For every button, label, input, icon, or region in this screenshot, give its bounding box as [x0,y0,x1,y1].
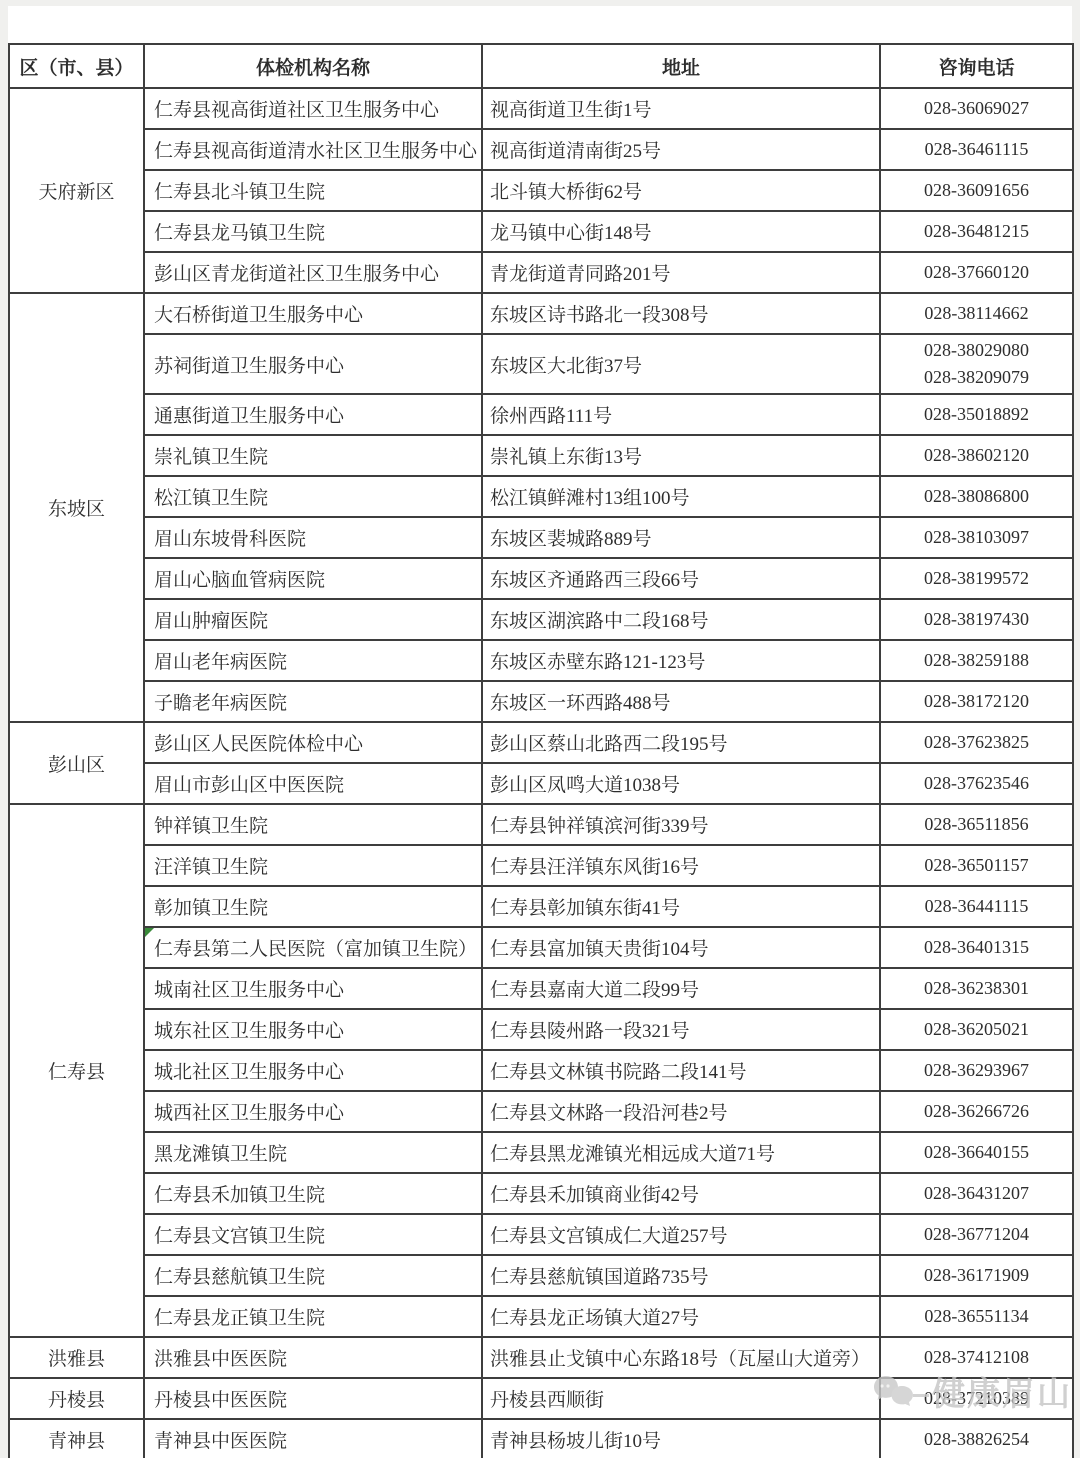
institution-name-cell: 仁寿县慈航镇卫生院 [144,1255,482,1296]
region-cell: 仁寿县 [9,804,144,1337]
address-cell: 洪雅县止戈镇中心东路18号（瓦屋山大道旁） [482,1337,880,1378]
phone-cell: 028-36551134 [880,1296,1073,1337]
institution-name-cell: 通惠街道卫生服务中心 [144,394,482,435]
table-row: 青神县青神县中医医院青神县杨坡儿街10号028-38826254 [9,1419,1073,1458]
phone-cell: 028-36171909 [880,1255,1073,1296]
institution-name-cell: 城南社区卫生服务中心 [144,968,482,1009]
phone-cell: 028-38029080028-38209079 [880,334,1073,394]
address-cell: 仁寿县陵州路一段321号 [482,1009,880,1050]
address-cell: 东坡区湖滨路中二段168号 [482,599,880,640]
phone-cell: 028-37623825 [880,722,1073,763]
phone-number: 028-37412108 [883,1344,1070,1371]
address-cell: 东坡区大北街37号 [482,334,880,394]
phone-cell: 028-36640155 [880,1132,1073,1173]
phone-cell: 028-36431207 [880,1173,1073,1214]
address-cell: 视高街道卫生街1号 [482,88,880,129]
address-cell: 青龙街道青同路201号 [482,252,880,293]
phone-number: 028-38199572 [883,565,1070,592]
phone-cell: 028-35018892 [880,394,1073,435]
phone-cell: 028-36461115 [880,129,1073,170]
address-cell: 彭山区蔡山北路西二段195号 [482,722,880,763]
phone-number: 028-38826254 [883,1426,1070,1453]
institution-name-cell: 仁寿县北斗镇卫生院 [144,170,482,211]
institution-name-cell: 仁寿县第二人民医院（富加镇卫生院） [144,927,482,968]
page: 区（市、县） 体检机构名称 地址 咨询电话 天府新区仁寿县视高街道社区卫生服务中… [0,0,1080,1458]
table-row: 城北社区卫生服务中心仁寿县文林镇书院路二段141号028-36293967 [9,1050,1073,1091]
phone-number: 028-36238301 [883,975,1070,1002]
col-header-address: 地址 [482,44,880,88]
address-cell: 东坡区齐通路西三段66号 [482,558,880,599]
phone-number: 028-37660120 [883,259,1070,286]
address-cell: 仁寿县文林镇书院路二段141号 [482,1050,880,1091]
institution-name-cell: 仁寿县视高街道清水社区卫生服务中心 [144,129,482,170]
address-cell: 松江镇鲜滩村13组100号 [482,476,880,517]
table-row: 汪洋镇卫生院仁寿县汪洋镇东风街16号028-36501157 [9,845,1073,886]
phone-number: 028-36461115 [883,136,1070,163]
institution-name-cell: 崇礼镇卫生院 [144,435,482,476]
institution-name-cell: 仁寿县禾加镇卫生院 [144,1173,482,1214]
phone-cell: 028-38259188 [880,640,1073,681]
table-row: 天府新区仁寿县视高街道社区卫生服务中心视高街道卫生街1号028-36069027 [9,88,1073,129]
address-cell: 北斗镇大桥街62号 [482,170,880,211]
institution-name-cell: 洪雅县中医医院 [144,1337,482,1378]
phone-number: 028-36205021 [883,1016,1070,1043]
phone-number: 028-38602120 [883,442,1070,469]
institution-name-cell: 彭山区青龙街道社区卫生服务中心 [144,252,482,293]
address-cell: 彭山区凤鸣大道1038号 [482,763,880,804]
phone-number: 028-36441115 [883,893,1070,920]
table-row: 洪雅县洪雅县中医医院洪雅县止戈镇中心东路18号（瓦屋山大道旁）028-37412… [9,1337,1073,1378]
phone-number: 028-37623825 [883,729,1070,756]
table-row: 丹棱县丹棱县中医医院丹棱县西顺街028-37210389 [9,1378,1073,1419]
col-header-institution: 体检机构名称 [144,44,482,88]
phone-cell: 028-38086800 [880,476,1073,517]
phone-cell: 028-36441115 [880,886,1073,927]
address-cell: 仁寿县彰加镇东街41号 [482,886,880,927]
table-row: 仁寿县钟祥镇卫生院仁寿县钟祥镇滨河街339号028-36511856 [9,804,1073,845]
table-row: 城东社区卫生服务中心仁寿县陵州路一段321号028-36205021 [9,1009,1073,1050]
address-cell: 东坡区赤壁东路121-123号 [482,640,880,681]
phone-number: 028-37210389 [883,1385,1070,1412]
address-cell: 青神县杨坡儿街10号 [482,1419,880,1458]
institution-name-cell: 仁寿县龙马镇卫生院 [144,211,482,252]
phone-cell: 028-38602120 [880,435,1073,476]
table-row: 城西社区卫生服务中心仁寿县文林路一段沿河巷2号028-36266726 [9,1091,1073,1132]
table-row: 眉山东坡骨科医院东坡区裴城路889号028-38103097 [9,517,1073,558]
phone-number: 028-36771204 [883,1221,1070,1248]
region-cell: 天府新区 [9,88,144,293]
institutions-table: 区（市、县） 体检机构名称 地址 咨询电话 天府新区仁寿县视高街道社区卫生服务中… [8,43,1074,1458]
table-row: 仁寿县龙正镇卫生院仁寿县龙正场镇大道27号028-36551134 [9,1296,1073,1337]
address-cell: 仁寿县嘉南大道二段99号 [482,968,880,1009]
table-row: 彭山区青龙街道社区卫生服务中心青龙街道青同路201号028-37660120 [9,252,1073,293]
phone-cell: 028-36266726 [880,1091,1073,1132]
address-cell: 崇礼镇上东街13号 [482,435,880,476]
institution-name-cell: 黑龙滩镇卫生院 [144,1132,482,1173]
phone-cell: 028-36771204 [880,1214,1073,1255]
table-row: 子瞻老年病医院东坡区一环西路488号028-38172120 [9,681,1073,722]
table-row: 仁寿县龙马镇卫生院龙马镇中心街148号028-36481215 [9,211,1073,252]
table-row: 通惠街道卫生服务中心徐州西路111号028-35018892 [9,394,1073,435]
phone-cell: 028-37210389 [880,1378,1073,1419]
phone-number: 028-36069027 [883,95,1070,122]
phone-cell: 028-36205021 [880,1009,1073,1050]
institution-name-cell: 钟祥镇卫生院 [144,804,482,845]
table-header: 区（市、县） 体检机构名称 地址 咨询电话 [9,44,1073,88]
phone-cell: 028-36481215 [880,211,1073,252]
table-row: 仁寿县第二人民医院（富加镇卫生院）仁寿县富加镇天贵街104号028-364013… [9,927,1073,968]
table-row: 眉山心脑血管病医院东坡区齐通路西三段66号028-38199572 [9,558,1073,599]
phone-number: 028-38029080 [883,337,1070,364]
institution-name-cell: 大石桥街道卫生服务中心 [144,293,482,334]
institution-name-cell: 子瞻老年病医院 [144,681,482,722]
institution-name-cell: 城东社区卫生服务中心 [144,1009,482,1050]
phone-cell: 028-37660120 [880,252,1073,293]
institution-name-cell: 彰加镇卫生院 [144,886,482,927]
institution-name-cell: 仁寿县视高街道社区卫生服务中心 [144,88,482,129]
institution-name-cell: 眉山市彭山区中医医院 [144,763,482,804]
phone-cell: 028-37412108 [880,1337,1073,1378]
institution-name-cell: 松江镇卫生院 [144,476,482,517]
cell-corner-marker [145,928,154,937]
phone-number: 028-37623546 [883,770,1070,797]
header-row: 区（市、县） 体检机构名称 地址 咨询电话 [9,44,1073,88]
phone-number: 028-36293967 [883,1057,1070,1084]
table-row: 仁寿县禾加镇卫生院仁寿县禾加镇商业街42号028-36431207 [9,1173,1073,1214]
address-cell: 丹棱县西顺街 [482,1378,880,1419]
phone-cell: 028-38826254 [880,1419,1073,1458]
table-row: 仁寿县慈航镇卫生院仁寿县慈航镇国道路735号028-36171909 [9,1255,1073,1296]
institution-name-cell: 丹棱县中医医院 [144,1378,482,1419]
institution-name-cell: 仁寿县文宫镇卫生院 [144,1214,482,1255]
table-row: 松江镇卫生院松江镇鲜滩村13组100号028-38086800 [9,476,1073,517]
address-cell: 东坡区一环西路488号 [482,681,880,722]
phone-cell: 028-36091656 [880,170,1073,211]
phone-number: 028-36171909 [883,1262,1070,1289]
institution-name-cell: 仁寿县龙正镇卫生院 [144,1296,482,1337]
phone-number: 028-38197430 [883,606,1070,633]
phone-number: 028-36501157 [883,852,1070,879]
table-row: 崇礼镇卫生院崇礼镇上东街13号028-38602120 [9,435,1073,476]
phone-number: 028-36091656 [883,177,1070,204]
phone-number: 028-36481215 [883,218,1070,245]
phone-number: 028-38172120 [883,688,1070,715]
phone-number: 028-36401315 [883,934,1070,961]
address-cell: 仁寿县汪洋镇东风街16号 [482,845,880,886]
phone-cell: 028-38103097 [880,517,1073,558]
table-row: 城南社区卫生服务中心仁寿县嘉南大道二段99号028-36238301 [9,968,1073,1009]
phone-number: 028-36266726 [883,1098,1070,1125]
institution-name-cell: 城北社区卫生服务中心 [144,1050,482,1091]
table-row: 东坡区大石桥街道卫生服务中心东坡区诗书路北一段308号028-38114662 [9,293,1073,334]
top-empty-strip [8,6,1072,43]
table-row: 眉山肿瘤医院东坡区湖滨路中二段168号028-38197430 [9,599,1073,640]
institution-name-cell: 眉山东坡骨科医院 [144,517,482,558]
phone-number: 028-36640155 [883,1139,1070,1166]
table-row: 苏祠街道卫生服务中心东坡区大北街37号028-38029080028-38209… [9,334,1073,394]
table-row: 眉山老年病医院东坡区赤壁东路121-123号028-38259188 [9,640,1073,681]
address-cell: 仁寿县慈航镇国道路735号 [482,1255,880,1296]
phone-cell: 028-36069027 [880,88,1073,129]
address-cell: 仁寿县文宫镇成仁大道257号 [482,1214,880,1255]
address-cell: 仁寿县钟祥镇滨河街339号 [482,804,880,845]
institution-name-cell: 眉山老年病医院 [144,640,482,681]
address-cell: 仁寿县文林路一段沿河巷2号 [482,1091,880,1132]
address-cell: 仁寿县黑龙滩镇光相远成大道71号 [482,1132,880,1173]
phone-number: 028-38259188 [883,647,1070,674]
phone-number: 028-38086800 [883,483,1070,510]
phone-number: 028-38103097 [883,524,1070,551]
region-cell: 东坡区 [9,293,144,722]
phone-number: 028-38114662 [883,300,1070,327]
phone-cell: 028-36401315 [880,927,1073,968]
address-cell: 东坡区诗书路北一段308号 [482,293,880,334]
address-cell: 龙马镇中心街148号 [482,211,880,252]
phone-cell: 028-36238301 [880,968,1073,1009]
address-cell: 视高街道清南街25号 [482,129,880,170]
address-cell: 仁寿县富加镇天贵街104号 [482,927,880,968]
region-cell: 青神县 [9,1419,144,1458]
table-row: 仁寿县北斗镇卫生院北斗镇大桥街62号028-36091656 [9,170,1073,211]
institution-name-cell: 青神县中医医院 [144,1419,482,1458]
phone-cell: 028-38172120 [880,681,1073,722]
table-row: 彰加镇卫生院仁寿县彰加镇东街41号028-36441115 [9,886,1073,927]
phone-number: 028-36431207 [883,1180,1070,1207]
col-header-phone: 咨询电话 [880,44,1073,88]
phone-number: 028-38209079 [883,364,1070,391]
table-row: 仁寿县文宫镇卫生院仁寿县文宫镇成仁大道257号028-36771204 [9,1214,1073,1255]
table-row: 眉山市彭山区中医医院彭山区凤鸣大道1038号028-37623546 [9,763,1073,804]
region-cell: 丹棱县 [9,1378,144,1419]
address-cell: 徐州西路111号 [482,394,880,435]
phone-number: 028-36551134 [883,1303,1070,1330]
phone-cell: 028-36511856 [880,804,1073,845]
region-cell: 洪雅县 [9,1337,144,1378]
col-header-region: 区（市、县） [9,44,144,88]
institution-name-cell: 眉山肿瘤医院 [144,599,482,640]
phone-cell: 028-38199572 [880,558,1073,599]
phone-cell: 028-36501157 [880,845,1073,886]
phone-cell: 028-37623546 [880,763,1073,804]
phone-cell: 028-38197430 [880,599,1073,640]
phone-cell: 028-36293967 [880,1050,1073,1091]
institution-name-cell: 城西社区卫生服务中心 [144,1091,482,1132]
region-cell: 彭山区 [9,722,144,804]
institution-name-cell: 彭山区人民医院体检中心 [144,722,482,763]
table-row: 黑龙滩镇卫生院仁寿县黑龙滩镇光相远成大道71号028-36640155 [9,1132,1073,1173]
phone-number: 028-35018892 [883,401,1070,428]
table-body: 天府新区仁寿县视高街道社区卫生服务中心视高街道卫生街1号028-36069027… [9,88,1073,1458]
institution-name-cell: 苏祠街道卫生服务中心 [144,334,482,394]
address-cell: 仁寿县禾加镇商业街42号 [482,1173,880,1214]
institution-name-cell: 眉山心脑血管病医院 [144,558,482,599]
table-row: 仁寿县视高街道清水社区卫生服务中心视高街道清南街25号028-36461115 [9,129,1073,170]
table-row: 彭山区彭山区人民医院体检中心彭山区蔡山北路西二段195号028-37623825 [9,722,1073,763]
phone-cell: 028-38114662 [880,293,1073,334]
institution-name-cell: 汪洋镇卫生院 [144,845,482,886]
phone-number: 028-36511856 [883,811,1070,838]
address-cell: 东坡区裴城路889号 [482,517,880,558]
address-cell: 仁寿县龙正场镇大道27号 [482,1296,880,1337]
